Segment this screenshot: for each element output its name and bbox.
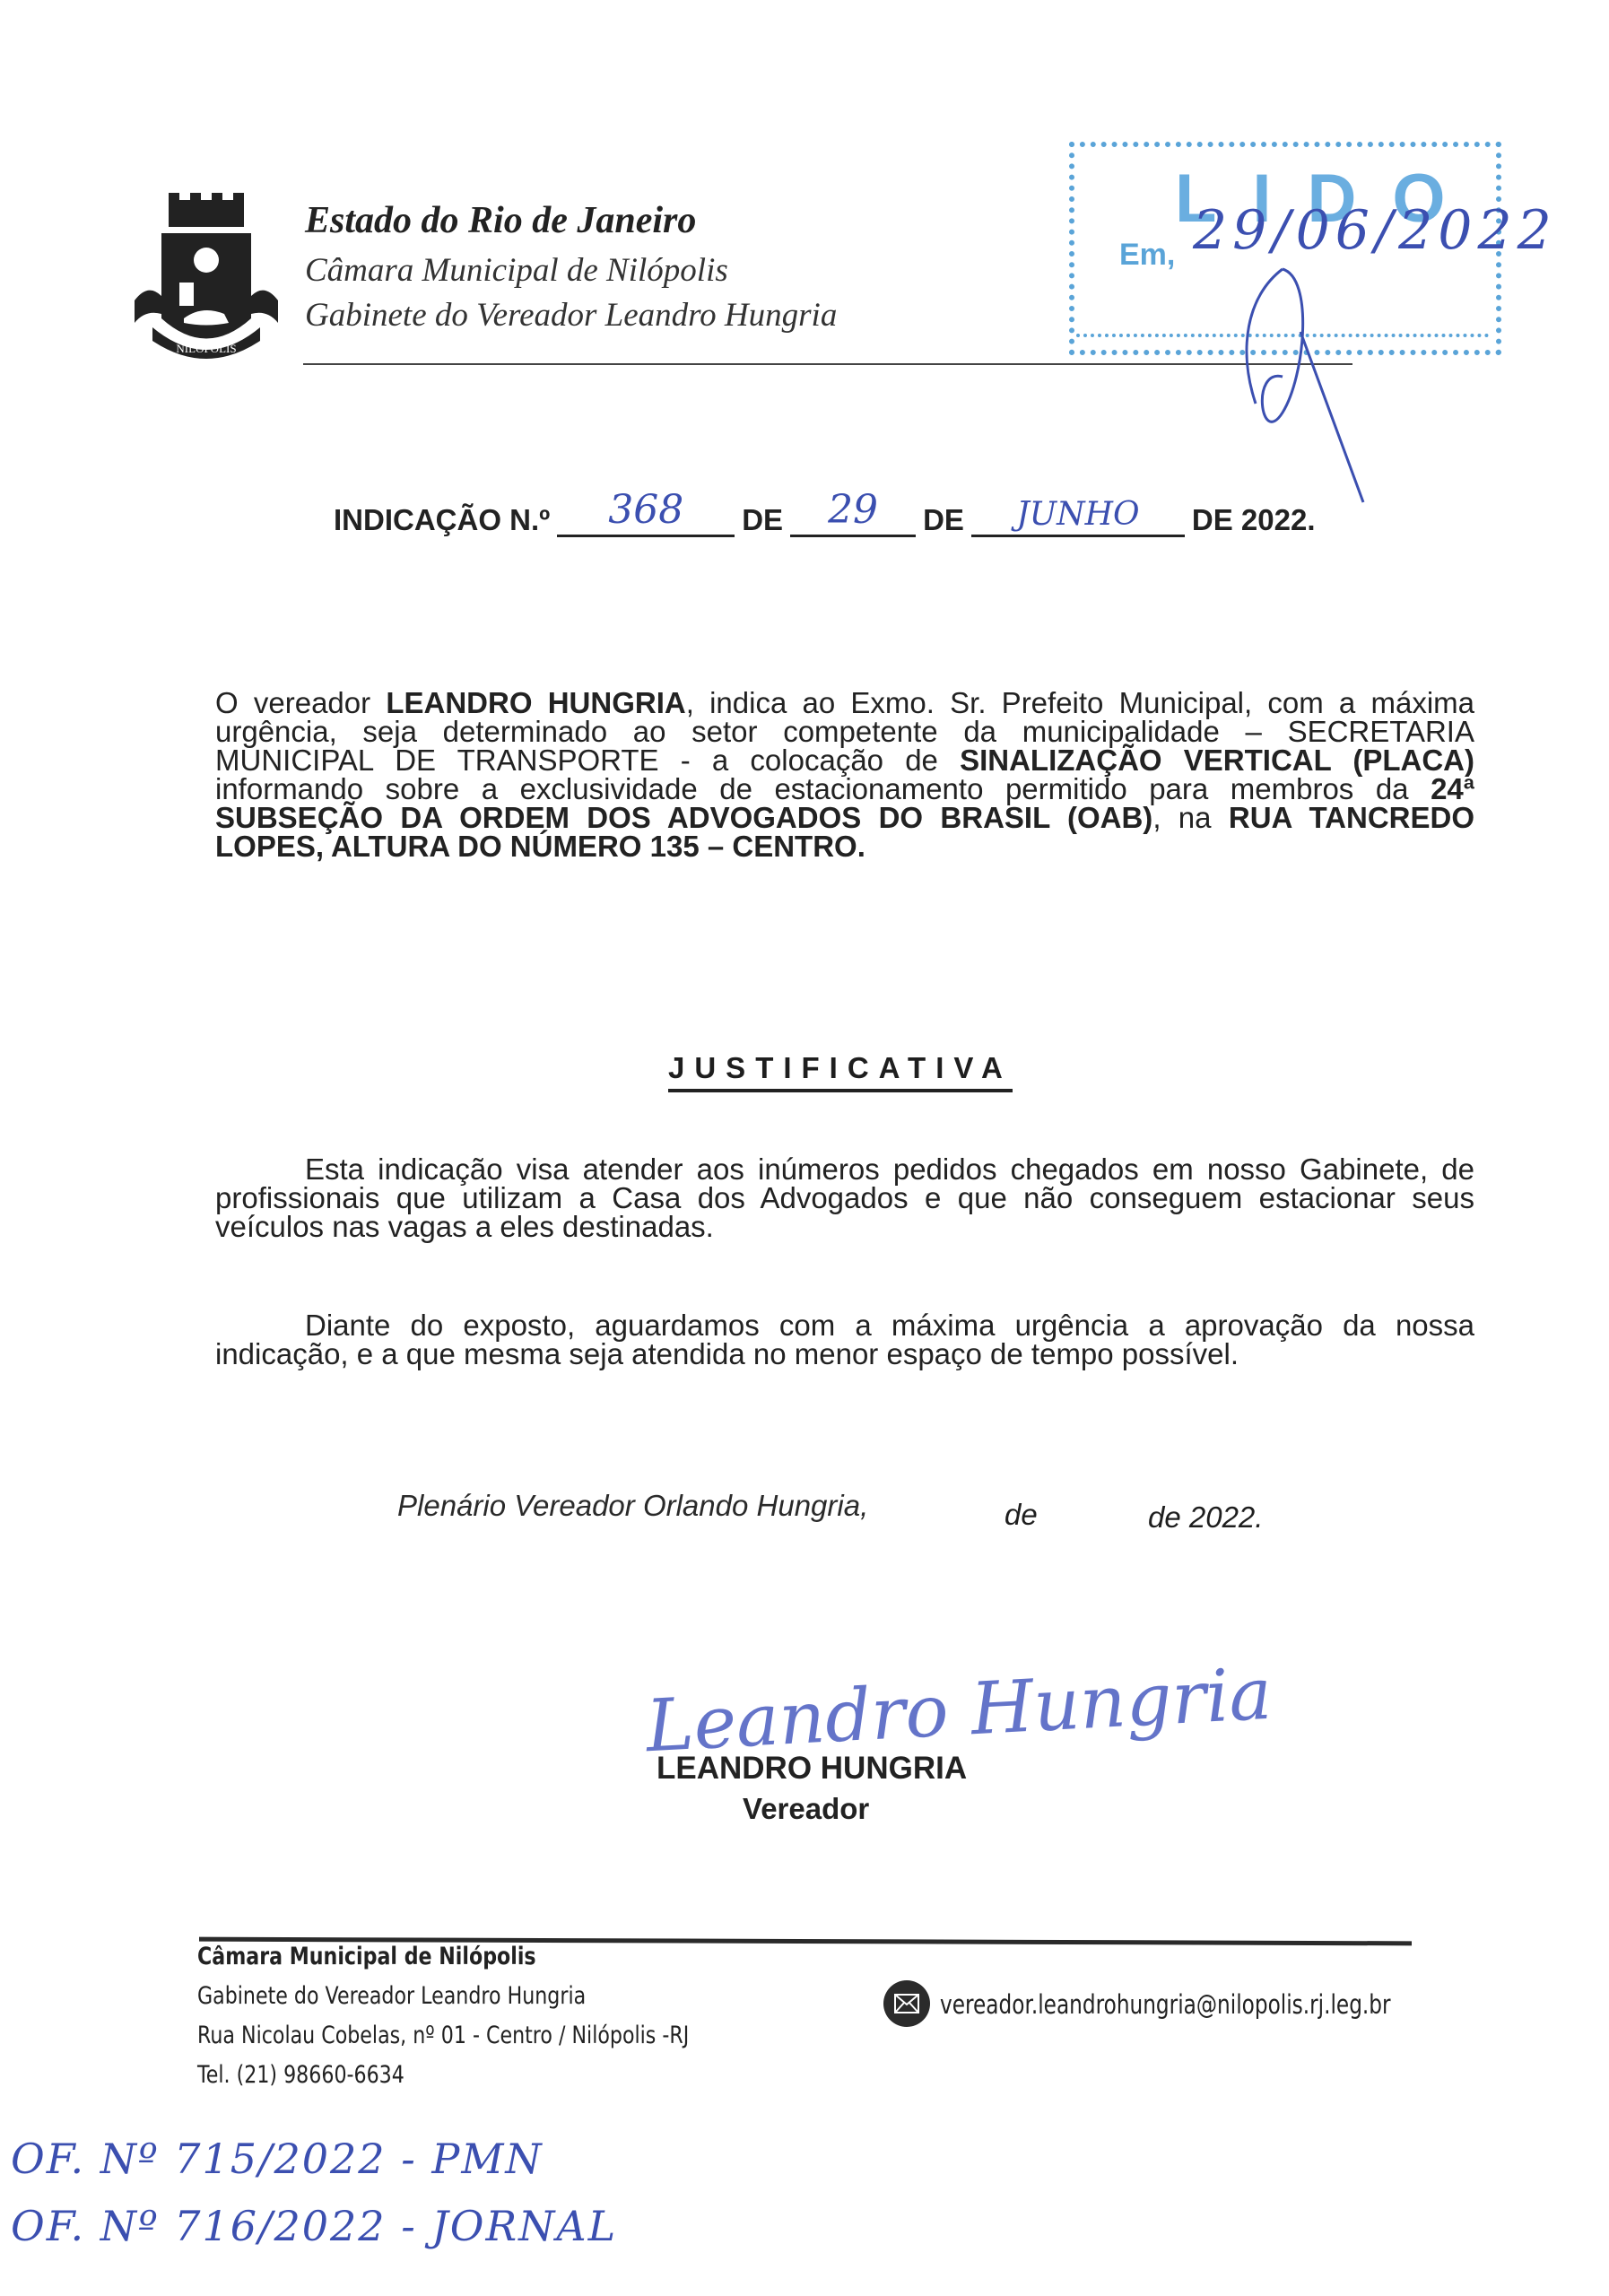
stamp-em-label: Em, [1119,238,1175,273]
header-divider [303,363,1352,365]
municipal-crest-logo: NILÓPOLIS [135,193,278,363]
indicacao-line: INDICAÇÃO N.º 368 DE 29 DE JUNHO DE 2022… [334,493,1316,537]
justification-title: JUSTIFICATIVA [668,1051,1013,1092]
envelope-icon [883,1980,930,2027]
header-state: Estado do Rio de Janeiro [305,199,696,242]
footer-phone: Tel. (21) 98660-6634 [197,2061,404,2089]
de-label-1: DE [742,503,783,537]
handwritten-note-oficio-2: OF. Nº 716/2022 - JORNAL [11,2202,617,2250]
indicacao-day-field: 29 [790,493,916,537]
svg-text:NILÓPOLIS: NILÓPOLIS [176,342,236,355]
indicacao-number: 368 [557,487,735,533]
indicacao-day: 29 [790,487,916,533]
justification-paragraph-2: Diante do exposto, aguardamos com a máxi… [215,1311,1474,1369]
footer-office: Gabinete do Vereador Leandro Hungria [197,1982,586,2010]
header-office: Gabinete do Vereador Leandro Hungria [305,296,837,335]
rubric-initials-icon [1229,224,1390,511]
paragraph-segment: , na [1152,801,1229,834]
closing-place: Plenário Vereador Orlando Hungria, [397,1489,868,1523]
indicacao-paragraph: O vereador LEANDRO HUNGRIA, indica ao Ex… [215,689,1474,861]
header-chamber: Câmara Municipal de Nilópolis [305,251,728,290]
footer-email: vereador.leandrohungria@nilopolis.rj.leg… [940,1989,1391,2020]
indicacao-label: INDICAÇÃO N.º [334,503,550,537]
indicacao-month-field: JUNHO [971,493,1185,537]
handwritten-note-oficio-1: OF. Nº 715/2022 - PMN [11,2135,544,2183]
indicacao-year: DE 2022. [1192,503,1316,537]
closing-de: de [1005,1498,1038,1532]
closing-year: de 2022. [1148,1500,1263,1535]
signatory-name: LEANDRO HUNGRIA [657,1751,967,1787]
indicacao-number-field: 368 [557,493,735,537]
signatory-role: Vereador [743,1792,869,1826]
footer-address: Rua Nicolau Cobelas, nº 01 - Centro / Ni… [197,2022,689,2049]
footer-chamber: Câmara Municipal de Nilópolis [197,1943,536,1970]
indicacao-month: JUNHO [971,496,1185,533]
de-label-2: DE [923,503,964,537]
justification-paragraph-1: Esta indicação visa atender aos inúmeros… [215,1155,1474,1241]
